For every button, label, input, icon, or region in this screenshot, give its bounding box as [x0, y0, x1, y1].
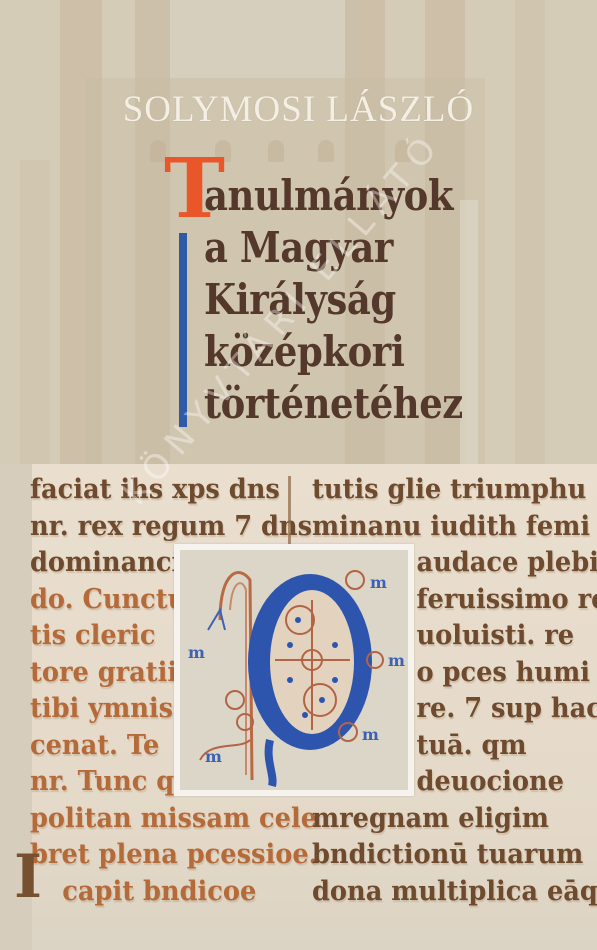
manuscript-line: minanu iudith femi: [312, 509, 597, 546]
manuscript-line: bret plena pcessioe.: [30, 837, 318, 874]
title-accent-bar: [179, 233, 187, 427]
manuscript-line: nr. rex regum 7 dns: [30, 509, 318, 546]
author-name: SOLYMOSI LÁSZLÓ: [0, 88, 597, 131]
book-cover: SOLYMOSI LÁSZLÓ T anulmányok a Magyar Ki…: [0, 0, 597, 950]
cathedral-window: [318, 140, 334, 162]
illuminated-initial-inset: m m m m m: [174, 544, 414, 796]
svg-text:m: m: [205, 747, 222, 766]
cathedral-background: SOLYMOSI LÁSZLÓ T anulmányok a Magyar Ki…: [0, 0, 597, 464]
manuscript-panel: faciat ihs xps dns nr. rex regum 7 dns d…: [0, 464, 597, 950]
svg-text:m: m: [188, 643, 205, 662]
svg-text:m: m: [388, 651, 405, 670]
manuscript-initial-I: I: [14, 847, 42, 907]
cathedral-tower-left: [60, 0, 102, 464]
manuscript-line: bndictionū tuarum: [312, 837, 597, 874]
svg-text:m: m: [370, 573, 387, 592]
marginal-flourish: [288, 476, 301, 546]
cathedral-window: [268, 140, 284, 162]
illuminated-q-icon: m m m m m: [180, 550, 408, 790]
manuscript-line: politan missam cele: [30, 801, 318, 838]
cathedral-roof-shape: [140, 0, 360, 78]
background-streak: [515, 0, 545, 464]
manuscript-line: dona multiplica eāq: [312, 874, 597, 911]
svg-text:m: m: [362, 725, 379, 744]
manuscript-line: capit bndicoe: [30, 874, 318, 911]
manuscript-line: mregnam eligim: [312, 801, 597, 838]
manuscript-line: tutis glie triumphu: [312, 472, 597, 509]
background-streak: [20, 160, 50, 464]
